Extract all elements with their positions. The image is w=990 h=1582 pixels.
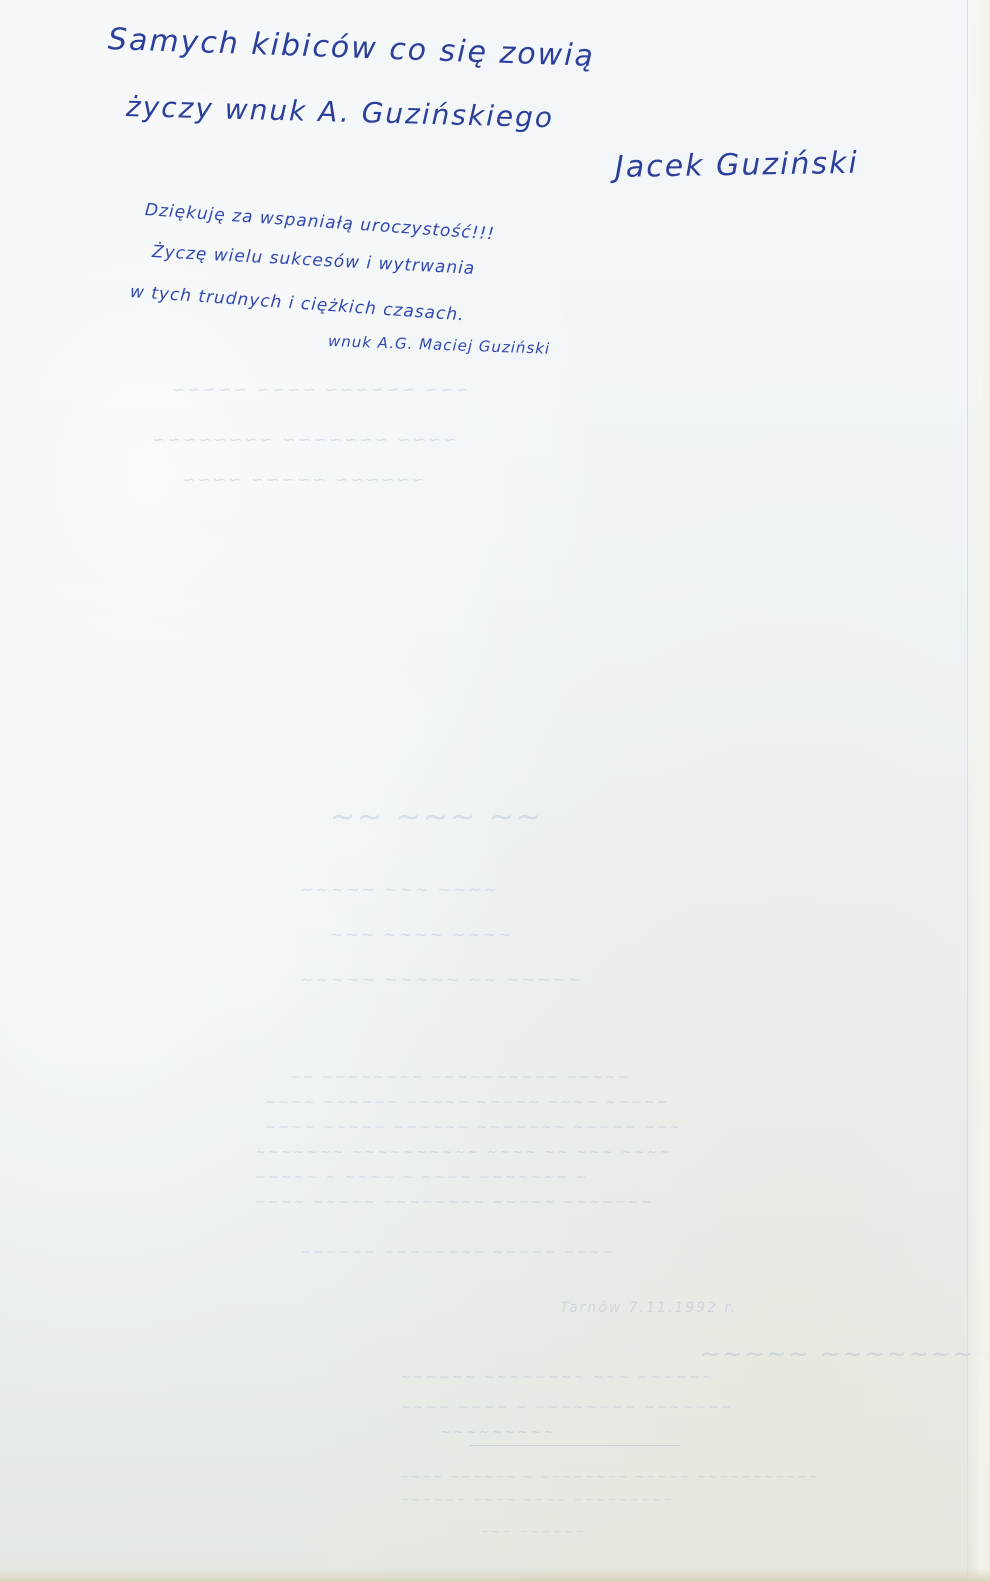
inscription-1-signature: Jacek Guziński <box>615 146 859 185</box>
page-edge-bottom <box>0 1568 990 1582</box>
inscription-1-line-1: Samych kibiców co się zowią <box>107 22 595 74</box>
inscription-1-line-2: życzy wnuk A. Guzińskiego <box>126 90 555 134</box>
inscription-2-line-3: w tych trudnych i ciężkich czasach. <box>129 282 465 325</box>
inscription-2-signature: wnuk A.G. Maciej Guziński <box>328 332 551 358</box>
scanned-page: Samych kibiców co się zowią życzy wnuk A… <box>0 0 990 1582</box>
page-edge-right <box>967 0 990 1582</box>
inscription-2-line-1: Dziękuję za wspaniałą uroczystość!!! <box>144 200 495 244</box>
inscription-2-line-2: Życzę wielu sukcesów i wytrwania <box>151 242 475 279</box>
